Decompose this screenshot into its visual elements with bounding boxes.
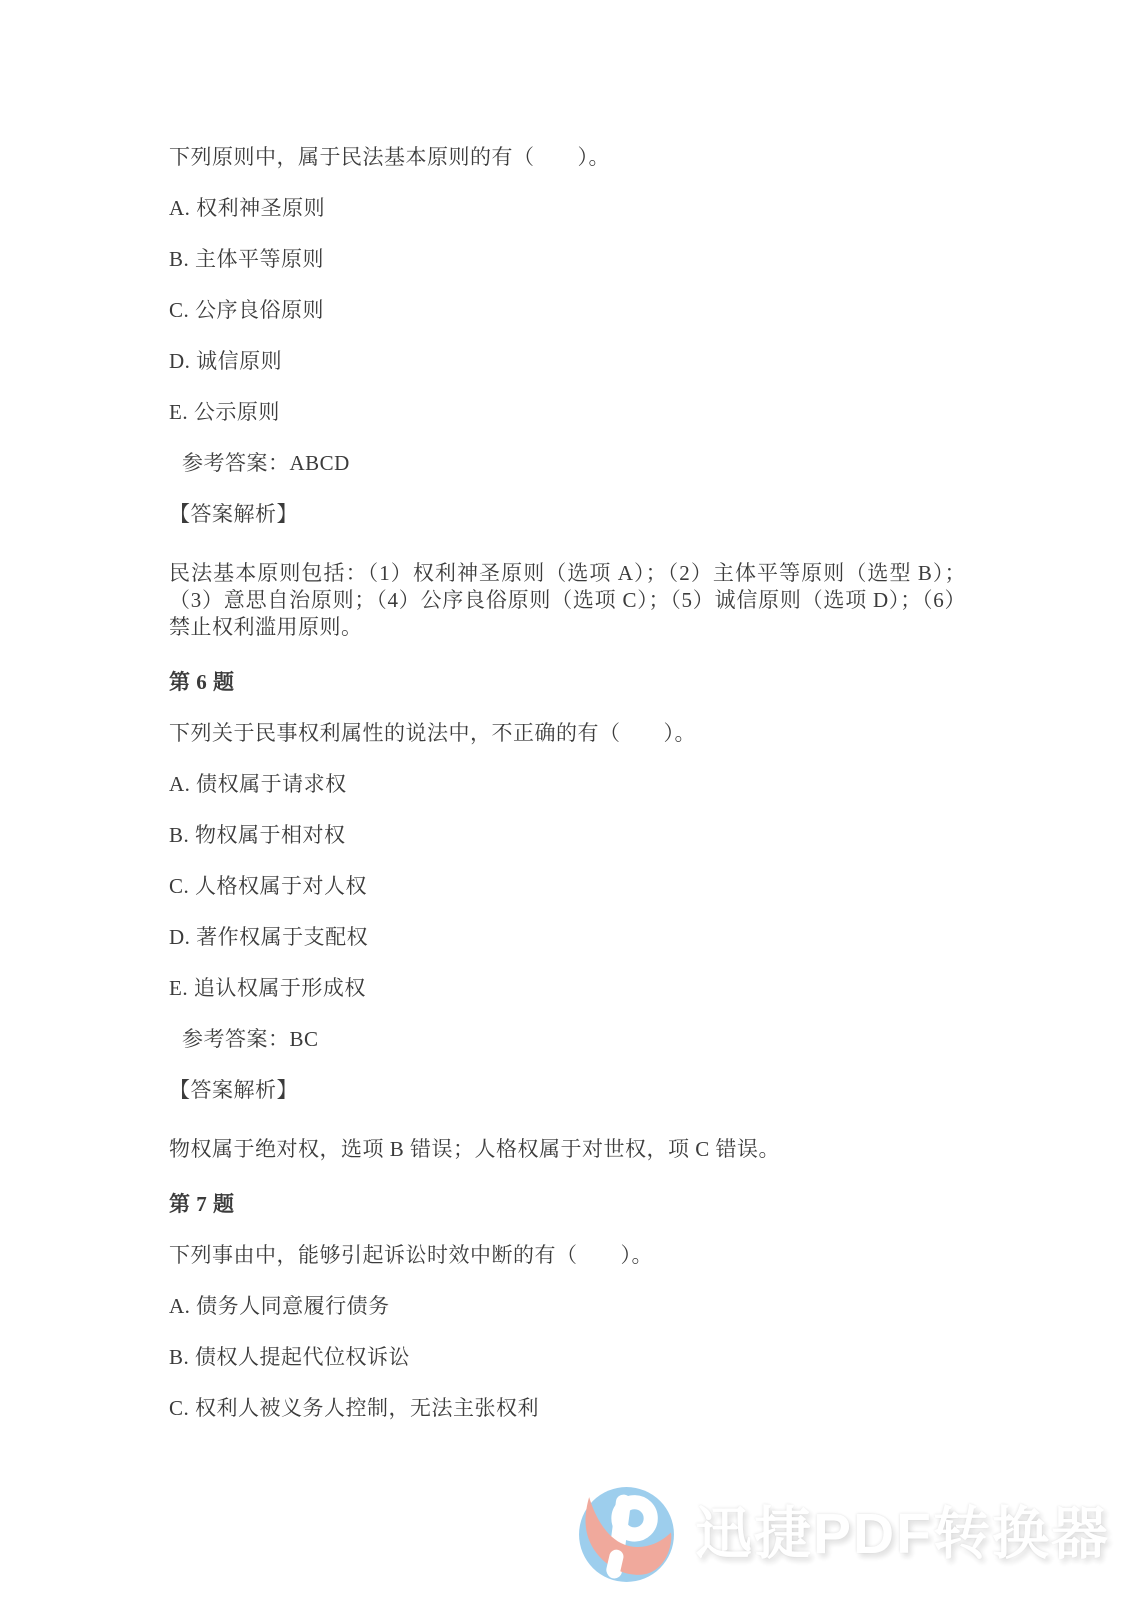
watermark-text: 迅捷PDF转换器 xyxy=(695,1484,1110,1585)
analysis-header: 【答案解析】 xyxy=(169,1077,966,1104)
reference-answer: 参考答案：BC xyxy=(169,1026,966,1053)
option-e: E. 公示原则 xyxy=(169,399,966,426)
option-a: A. 债权属于请求权 xyxy=(169,771,966,798)
analysis-header: 【答案解析】 xyxy=(169,501,966,528)
watermark: 迅捷PDF转换器 xyxy=(576,1484,1110,1585)
option-a: A. 债务人同意履行债务 xyxy=(169,1293,966,1320)
question-stem: 下列事由中，能够引起诉讼时效中断的有（ ）。 xyxy=(169,1242,966,1269)
option-c: C. 公序良俗原则 xyxy=(169,297,966,324)
option-c: C. 人格权属于对人权 xyxy=(169,873,966,900)
question-stem: 下列关于民事权利属性的说法中，不正确的有（ ）。 xyxy=(169,720,966,747)
reference-answer: 参考答案：ABCD xyxy=(169,450,966,477)
question-block-5: 下列原则中，属于民法基本原则的有（ ）。 A. 权利神圣原则 B. 主体平等原则… xyxy=(169,144,966,641)
option-e: E. 追认权属于形成权 xyxy=(169,975,966,1002)
analysis-text: 物权属于绝对权，选项 B 错误；人格权属于对世权，项 C 错误。 xyxy=(169,1128,966,1163)
pdf-converter-logo-icon xyxy=(576,1484,677,1585)
question-block-6: 第 6 题 下列关于民事权利属性的说法中，不正确的有（ ）。 A. 债权属于请求… xyxy=(169,663,966,1163)
analysis-text: 民法基本原则包括：（1）权利神圣原则（选项 A）；（2）主体平等原则（选型 B）… xyxy=(169,552,966,641)
option-d: D. 诚信原则 xyxy=(169,348,966,375)
question-stem: 下列原则中，属于民法基本原则的有（ ）。 xyxy=(169,144,966,171)
option-b: B. 债权人提起代位权诉讼 xyxy=(169,1344,966,1371)
option-b: B. 物权属于相对权 xyxy=(169,822,966,849)
pdf-document-page: 下列原则中，属于民法基本原则的有（ ）。 A. 权利神圣原则 B. 主体平等原则… xyxy=(0,0,1131,1600)
option-a: A. 权利神圣原则 xyxy=(169,195,966,222)
question-heading: 第 6 题 xyxy=(169,663,966,696)
option-d: D. 著作权属于支配权 xyxy=(169,924,966,951)
question-block-7: 第 7 题 下列事由中，能够引起诉讼时效中断的有（ ）。 A. 债务人同意履行债… xyxy=(169,1185,966,1422)
question-heading: 第 7 题 xyxy=(169,1185,966,1218)
option-c: C. 权利人被义务人控制，无法主张权利 xyxy=(169,1395,966,1422)
document-content: 下列原则中，属于民法基本原则的有（ ）。 A. 权利神圣原则 B. 主体平等原则… xyxy=(169,0,966,1446)
option-b: B. 主体平等原则 xyxy=(169,246,966,273)
